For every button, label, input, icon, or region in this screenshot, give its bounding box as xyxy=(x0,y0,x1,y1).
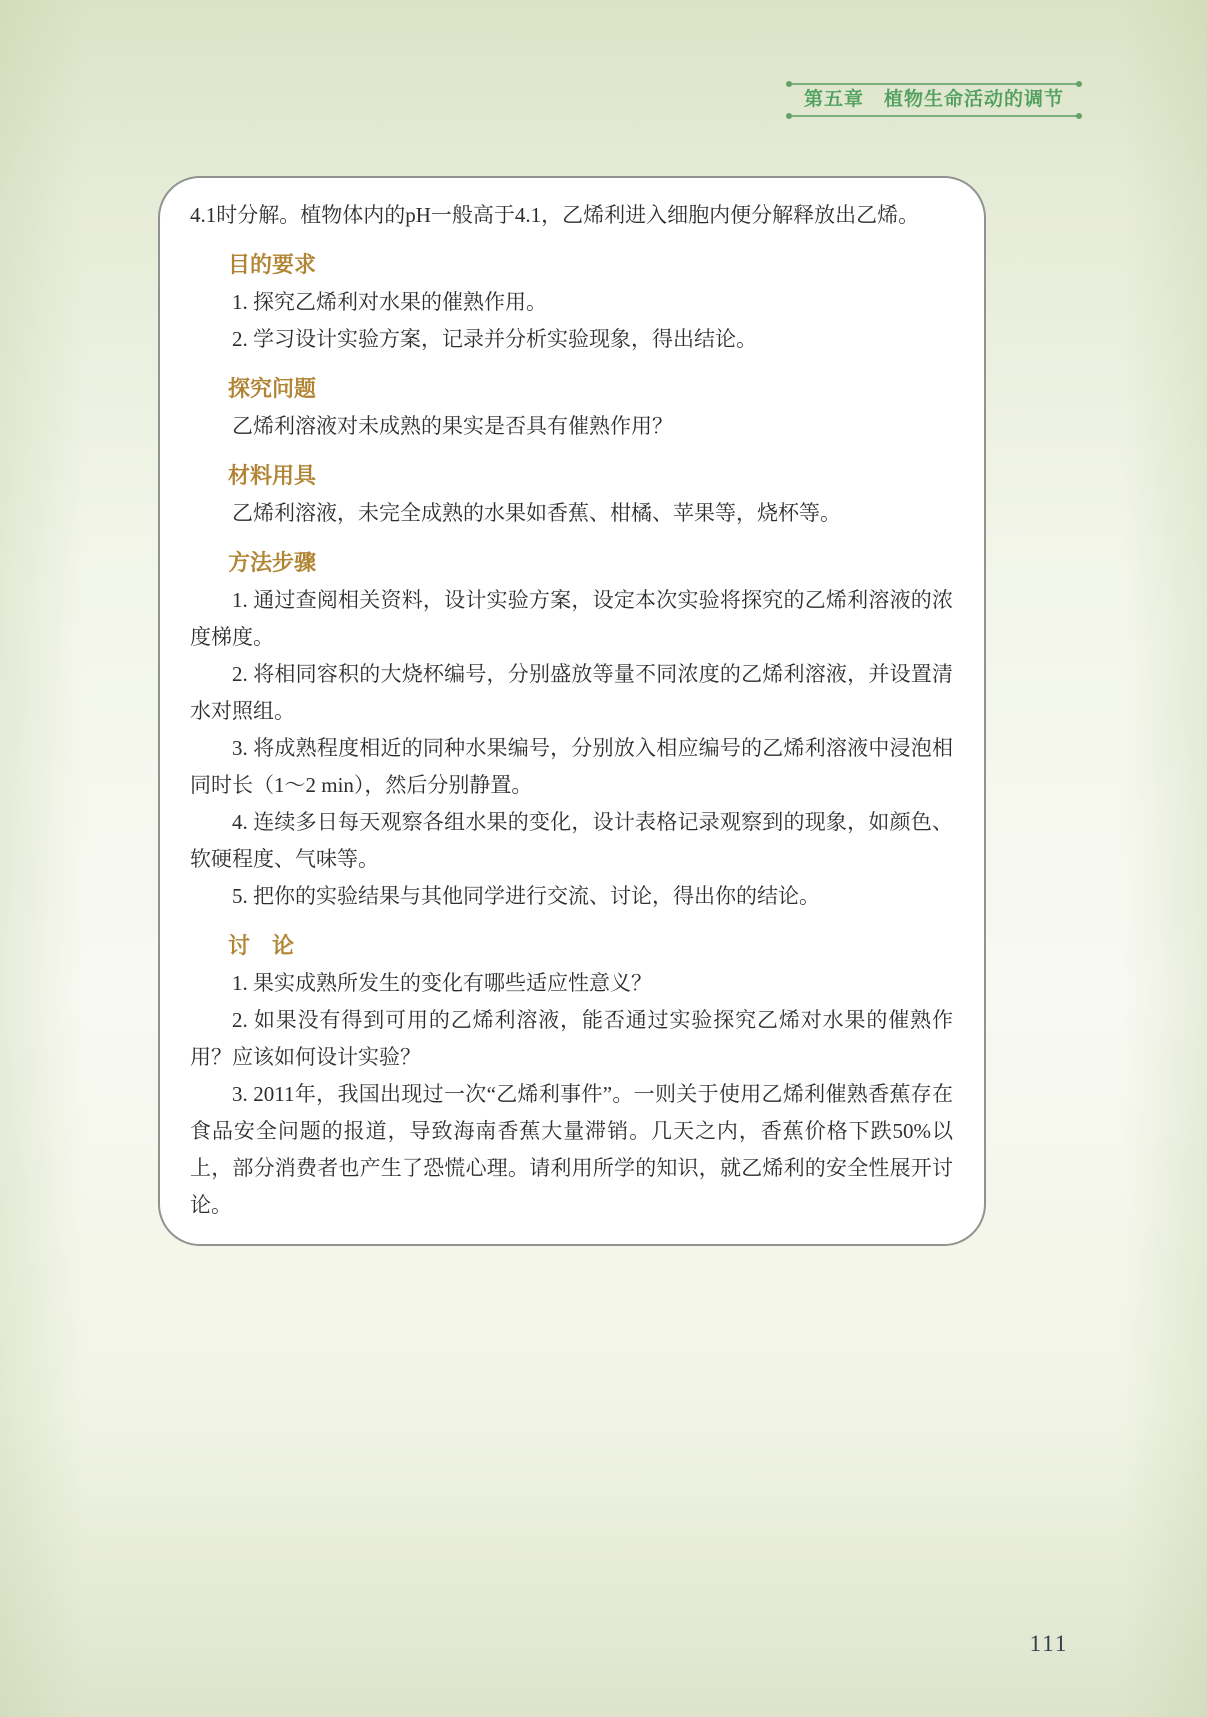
aims-item: 2. 学习设计实验方案，记录并分析实验现象，得出结论。 xyxy=(190,321,953,358)
section-heading-procedure: 方法步骤 xyxy=(190,544,953,581)
procedure-step: 3. 将成熟程度相近的同种水果编号，分别放入相应编号的乙烯利溶液中浸泡相同时长（… xyxy=(190,730,953,804)
content-panel: 4.1时分解。植物体内的pH一般高于4.1，乙烯利进入细胞内便分解释放出乙烯。 … xyxy=(158,176,986,1246)
rule-end-dot xyxy=(786,81,792,87)
rule-end-dot xyxy=(786,113,792,119)
procedure-step: 2. 将相同容积的大烧杯编号，分别盛放等量不同浓度的乙烯利溶液，并设置清水对照组… xyxy=(190,656,953,730)
intro-paragraph: 4.1时分解。植物体内的pH一般高于4.1，乙烯利进入细胞内便分解释放出乙烯。 xyxy=(190,197,953,234)
rule-end-dot xyxy=(1076,113,1082,119)
section-heading-question: 探究问题 xyxy=(190,370,953,407)
rule-end-dot xyxy=(1076,81,1082,87)
discussion-item: 2. 如果没有得到可用的乙烯利溶液，能否通过实验探究乙烯对水果的催熟作用？应该如… xyxy=(190,1002,953,1076)
section-heading-discussion: 讨 论 xyxy=(190,927,953,964)
question-paragraph: 乙烯利溶液对未成熟的果实是否具有催熟作用？ xyxy=(190,408,953,445)
aims-item: 1. 探究乙烯利对水果的催熟作用。 xyxy=(190,284,953,321)
chapter-header: 第五章 植物生命活动的调节 xyxy=(788,83,1080,117)
textbook-page: 第五章 植物生命活动的调节 4.1时分解。植物体内的pH一般高于4.1，乙烯利进… xyxy=(0,0,1207,1717)
discussion-item: 3. 2011年，我国出现过一次“乙烯利事件”。一则关于使用乙烯利催熟香蕉存在食… xyxy=(190,1076,953,1224)
procedure-step: 5. 把你的实验结果与其他同学进行交流、讨论，得出你的结论。 xyxy=(190,878,953,915)
procedure-step: 4. 连续多日每天观察各组水果的变化，设计表格记录观察到的现象，如颜色、软硬程度… xyxy=(190,804,953,878)
section-heading-aims: 目的要求 xyxy=(190,246,953,283)
chapter-title: 第五章 植物生命活动的调节 xyxy=(788,85,1080,115)
procedure-step: 1. 通过查阅相关资料，设计实验方案，设定本次实验将探究的乙烯利溶液的浓度梯度。 xyxy=(190,582,953,656)
header-rule-bottom xyxy=(788,115,1080,117)
section-heading-materials: 材料用具 xyxy=(190,457,953,494)
materials-paragraph: 乙烯利溶液，未完全成熟的水果如香蕉、柑橘、苹果等，烧杯等。 xyxy=(190,495,953,532)
discussion-item: 1. 果实成熟所发生的变化有哪些适应性意义？ xyxy=(190,965,953,1002)
page-number: 111 xyxy=(1014,1631,1084,1657)
header-rule-top xyxy=(788,83,1080,85)
